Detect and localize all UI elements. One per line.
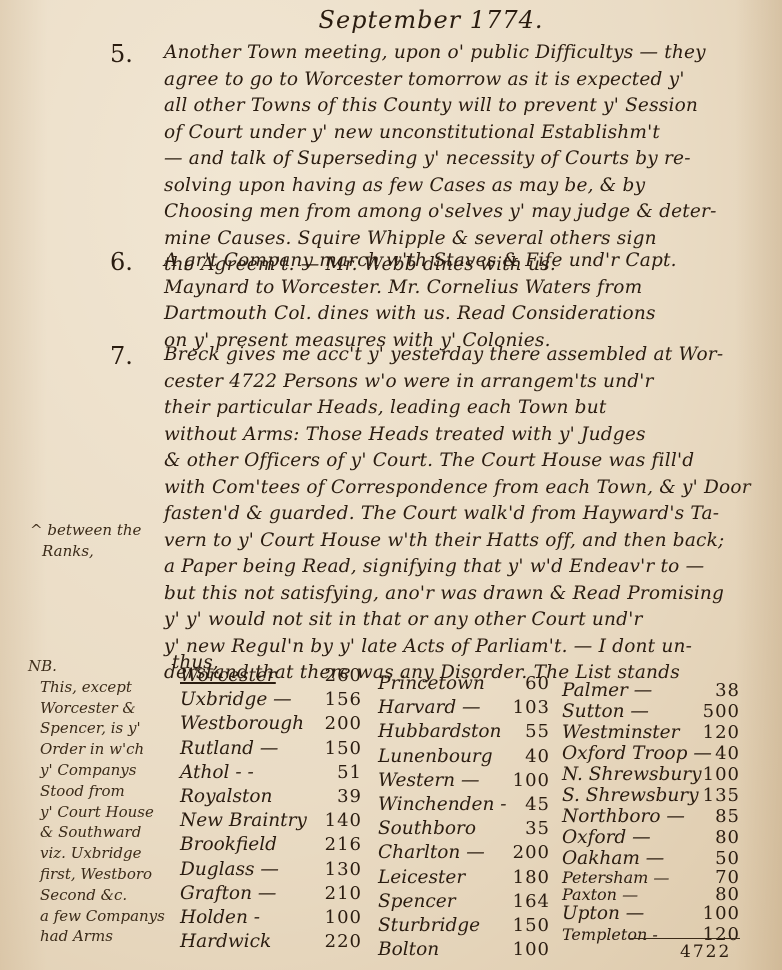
town-count: 150: [325, 737, 362, 761]
town-name: Rutland —: [180, 737, 278, 761]
town-count: 100: [513, 938, 550, 962]
entry-text: Breck gives me acc't y' yesterday there …: [164, 342, 764, 687]
total-rule: [630, 938, 740, 939]
entry-line: y' y' would not sit in that or any other…: [164, 607, 764, 634]
town-row: Athol - -51: [180, 761, 362, 785]
town-row: Uxbridge —156: [180, 688, 362, 712]
margin-line: had Arms: [28, 926, 165, 947]
town-row: Winchenden -45: [378, 793, 550, 817]
town-row: Palmer —38: [562, 680, 740, 701]
town-count: 216: [325, 833, 362, 857]
town-count: 80: [715, 827, 740, 848]
entry-line: with Com'tees of Correspondence from eac…: [164, 475, 764, 502]
town-row: Spencer164: [378, 890, 550, 914]
town-row: Sturbridge150: [378, 914, 550, 938]
town-row: Sutton —500: [562, 701, 740, 722]
town-row: Brookfield216: [180, 833, 362, 857]
town-row: Leicester180: [378, 866, 550, 890]
entry-line: Another Town meeting, upon o' public Dif…: [164, 40, 764, 67]
town-name: Oxford —: [562, 827, 651, 848]
entry-line: agree to go to Worcester tomorrow as it …: [164, 67, 764, 94]
margin-line: y' Court House: [28, 802, 165, 823]
margin-line: Worcester &: [28, 698, 165, 719]
town-name: Uxbridge —: [180, 688, 292, 712]
town-count: 156: [325, 688, 362, 712]
town-count: 164: [513, 890, 550, 914]
entry-line: a Paper being Read, signifying that y' w…: [164, 554, 764, 581]
town-row: Hardwick220: [180, 930, 362, 954]
town-name: Holden -: [180, 906, 260, 930]
town-count: 40: [715, 743, 740, 764]
town-count: 100: [703, 764, 740, 785]
margin-line: Stood from: [28, 781, 165, 802]
town-name: Charlton —: [378, 841, 485, 865]
town-name: Worcester: [180, 664, 276, 688]
town-count: 220: [325, 930, 362, 954]
town-count: 35: [525, 817, 550, 841]
town-count: 80: [715, 886, 740, 903]
entry-line: their particular Heads, leading each Tow…: [164, 395, 764, 422]
entry-text: A gr't Company march w'th Staves & Fife …: [164, 248, 764, 354]
town-name: Paxton —: [562, 886, 638, 903]
margin-line: Second &c.: [28, 885, 165, 906]
town-name: N. Shrewsbury: [562, 764, 702, 785]
town-count: 120: [703, 722, 740, 743]
town-name: Westborough: [180, 712, 304, 736]
town-count: 40: [525, 745, 550, 769]
town-row: Bolton100: [378, 938, 550, 962]
town-count: 140: [325, 809, 362, 833]
town-list-column-3: Palmer —38 Sutton —500 Westminster120 Ox…: [562, 680, 740, 945]
town-row: Holden -100: [180, 906, 362, 930]
town-row: Upton —100: [562, 903, 740, 924]
town-count: 100: [703, 903, 740, 924]
margin-note-ranks: ^ between the Ranks,: [30, 520, 141, 561]
town-count: 55: [525, 720, 550, 744]
town-count: 135: [703, 785, 740, 806]
town-count: 39: [337, 785, 362, 809]
town-count: 130: [325, 858, 362, 882]
entry-line: & other Officers of y' Court. The Court …: [164, 448, 764, 475]
town-count: 60: [525, 672, 550, 696]
margin-note-nb: NB. This, except Worcester & Spencer, is…: [28, 656, 165, 947]
margin-line: NB.: [28, 656, 165, 677]
town-row: Worcester260: [180, 664, 362, 688]
town-name: Princetown: [378, 672, 485, 696]
manuscript-page: September 1774. 5. Another Town meeting,…: [0, 0, 782, 970]
town-row: Southboro35: [378, 817, 550, 841]
town-count: 200: [513, 841, 550, 865]
town-name: Spencer: [378, 890, 456, 914]
town-name: Southboro: [378, 817, 476, 841]
town-row: Princetown60: [378, 672, 550, 696]
entry-line: of Court under y' new unconstitutional E…: [164, 120, 764, 147]
entry-number: 5.: [110, 40, 133, 68]
entry-number: 6.: [110, 248, 133, 276]
entry-line: — and talk of Superseding y' necessity o…: [164, 146, 764, 173]
town-count: 50: [715, 848, 740, 869]
town-count: 200: [325, 712, 362, 736]
entry-line: Dartmouth Col. dines with us. Read Consi…: [164, 301, 764, 328]
entry-line: Maynard to Worcester. Mr. Cornelius Wate…: [164, 275, 764, 302]
entry-line: Choosing men from among o'selves y' may …: [164, 199, 764, 226]
town-list-column-2: Princetown60 Harvard —103 Hubbardston55 …: [378, 672, 550, 962]
town-name: Sutton —: [562, 701, 649, 722]
town-row: Rutland —150: [180, 737, 362, 761]
margin-line: first, Westboro: [28, 864, 165, 885]
town-name: New Braintry: [180, 809, 307, 833]
town-count: 85: [715, 806, 740, 827]
entry-text: Another Town meeting, upon o' public Dif…: [164, 40, 764, 279]
town-row: Duglass —130: [180, 858, 362, 882]
list-total: 4722: [680, 942, 731, 962]
town-row: Grafton —210: [180, 882, 362, 906]
town-list-column-1: Worcester260 Uxbridge —156 Westborough20…: [180, 664, 362, 954]
town-row: Western —100: [378, 769, 550, 793]
entry-line: y' new Regul'n by y' late Acts of Parlia…: [164, 634, 764, 661]
town-row: N. Shrewsbury100: [562, 764, 740, 785]
town-row: Oxford —80: [562, 827, 740, 848]
entry-line: cester 4722 Persons w'o were in arrangem…: [164, 369, 764, 396]
town-count: 260: [325, 664, 362, 688]
entry-line: all other Towns of this County will to p…: [164, 93, 764, 120]
town-name: Lunenbourg: [378, 745, 493, 769]
town-name: Hardwick: [180, 930, 271, 954]
entry-line: fasten'd & guarded. The Court walk'd fro…: [164, 501, 764, 528]
town-name: Harvard —: [378, 696, 481, 720]
town-name: Sturbridge: [378, 914, 480, 938]
town-name: Brookfield: [180, 833, 277, 857]
town-name: Palmer —: [562, 680, 652, 701]
town-row: Northboro —85: [562, 806, 740, 827]
entry-line: solving upon having as few Cases as may …: [164, 173, 764, 200]
town-row: Petersham —70: [562, 869, 740, 886]
entry-number: 7.: [110, 342, 133, 370]
town-name: Westminster: [562, 722, 679, 743]
entry-line: but this not satisfying, ano'r was drawn…: [164, 581, 764, 608]
town-count: 150: [513, 914, 550, 938]
town-name: S. Shrewsbury: [562, 785, 699, 806]
town-row: Harvard —103: [378, 696, 550, 720]
town-name: Royalston: [180, 785, 272, 809]
margin-line: & Southward: [28, 822, 165, 843]
town-row: Oakham —50: [562, 848, 740, 869]
town-count: 100: [513, 769, 550, 793]
town-name: Grafton —: [180, 882, 276, 906]
town-count: 180: [513, 866, 550, 890]
town-row: New Braintry140: [180, 809, 362, 833]
margin-line: y' Companys: [28, 760, 165, 781]
town-count: 38: [715, 680, 740, 701]
town-row: Hubbardston55: [378, 720, 550, 744]
town-row: Westminster120: [562, 722, 740, 743]
town-count: 100: [325, 906, 362, 930]
town-row: Oxford Troop —40: [562, 743, 740, 764]
margin-line: viz. Uxbridge: [28, 843, 165, 864]
town-count: 51: [337, 761, 362, 785]
town-count: 103: [513, 696, 550, 720]
town-count: 210: [325, 882, 362, 906]
town-name: Northboro —: [562, 806, 685, 827]
town-name: Duglass —: [180, 858, 279, 882]
town-name: Bolton: [378, 938, 439, 962]
entry-line: A gr't Company march w'th Staves & Fife …: [164, 248, 764, 275]
town-row: Lunenbourg40: [378, 745, 550, 769]
town-row: Charlton —200: [378, 841, 550, 865]
town-name: Winchenden -: [378, 793, 507, 817]
margin-line: Ranks,: [30, 541, 141, 562]
town-name: Hubbardston: [378, 720, 501, 744]
margin-line: This, except: [28, 677, 165, 698]
town-name: Oxford Troop —: [562, 743, 712, 764]
town-name: Western —: [378, 769, 479, 793]
town-row: Royalston39: [180, 785, 362, 809]
town-row: Paxton —80: [562, 886, 740, 903]
town-name: Templeton -: [562, 924, 658, 945]
page-heading: September 1774.: [0, 6, 782, 34]
town-count: 45: [525, 793, 550, 817]
margin-line: a few Companys: [28, 906, 165, 927]
town-name: Upton —: [562, 903, 644, 924]
entry-line: vern to y' Court House w'th their Hatts …: [164, 528, 764, 555]
entry-line: Breck gives me acc't y' yesterday there …: [164, 342, 764, 369]
town-name: Oakham —: [562, 848, 664, 869]
entry-line: without Arms: Those Heads treated with y…: [164, 422, 764, 449]
margin-line: ^ between the: [30, 520, 141, 541]
margin-line: Spencer, is y': [28, 718, 165, 739]
town-row: Westborough200: [180, 712, 362, 736]
town-count: 500: [703, 701, 740, 722]
town-name: Leicester: [378, 866, 465, 890]
town-row: S. Shrewsbury135: [562, 785, 740, 806]
town-name: Petersham —: [562, 869, 669, 886]
town-name: Athol - -: [180, 761, 254, 785]
margin-line: Order in w'ch: [28, 739, 165, 760]
